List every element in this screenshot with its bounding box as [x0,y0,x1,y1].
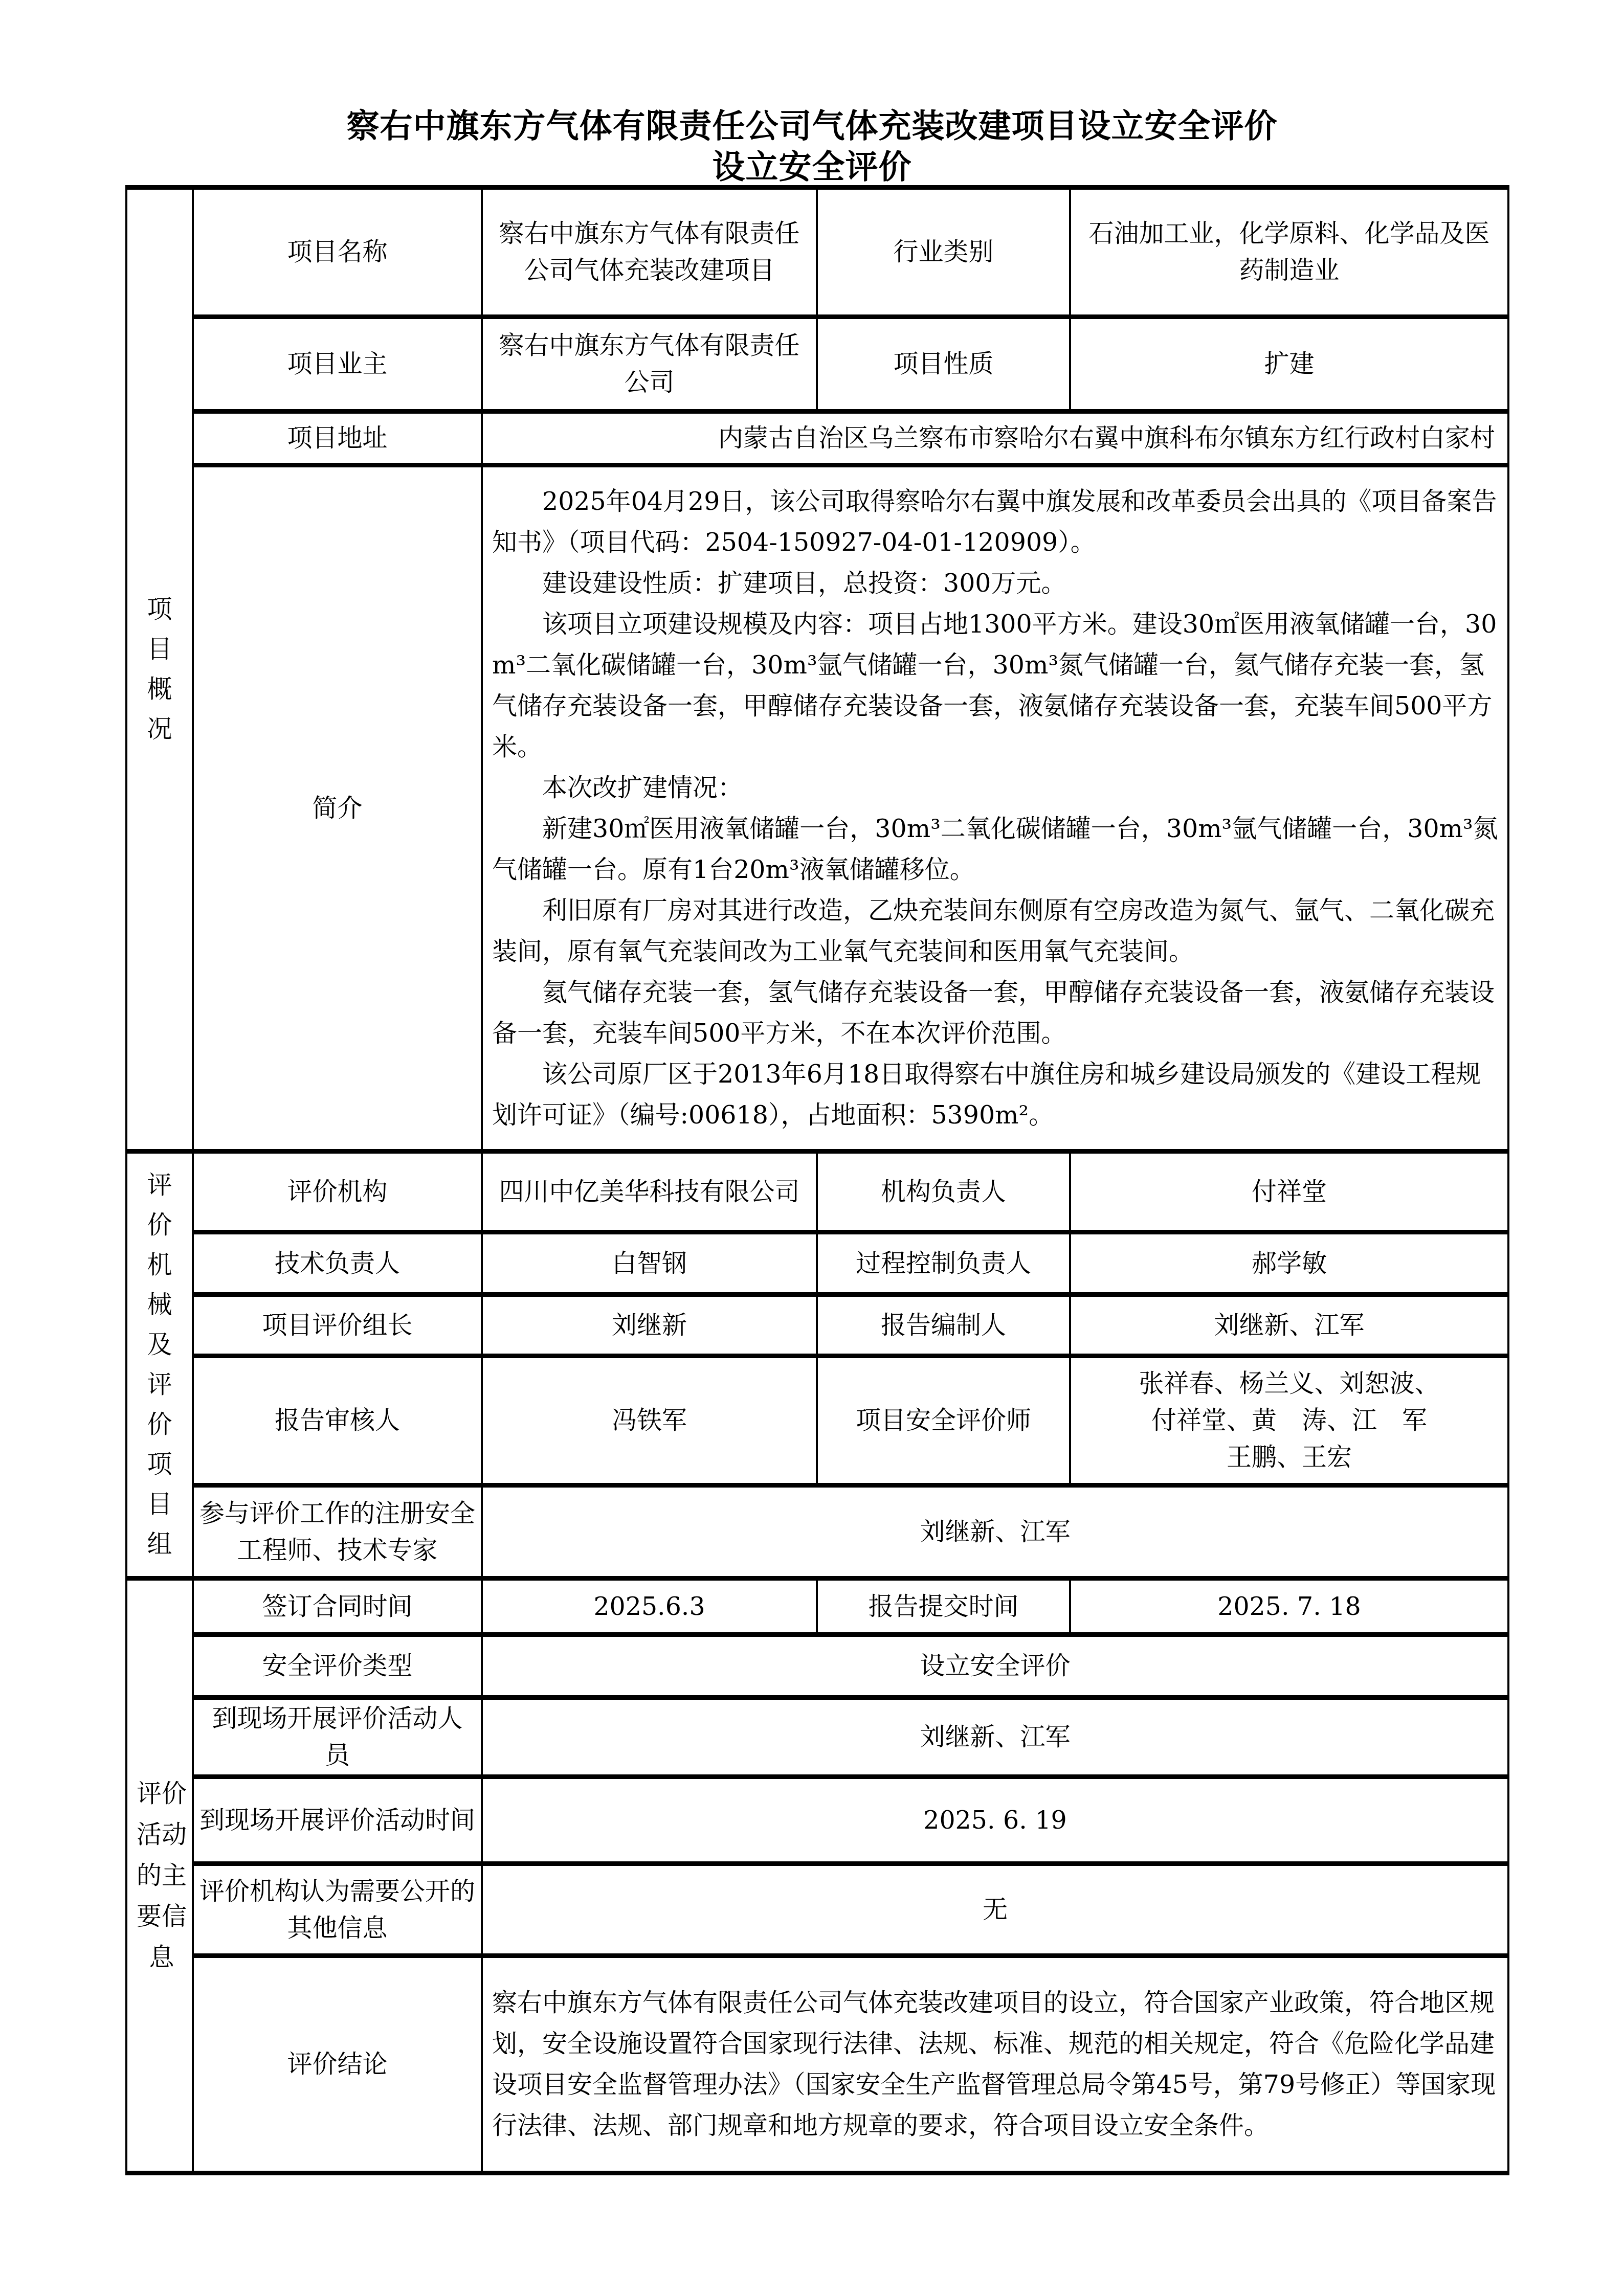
label-project-name: 项目名称 [193,188,482,317]
group-label-text: 评价机械及评价项目组 [144,1165,175,1564]
row-tech-lead: 技术负责人 白智钢 过程控制负责人 郝学敏 [126,1232,1508,1295]
value-engineers: 刘继新、江军 [482,1485,1508,1579]
row-onsite-time: 到现场开展评价活动时间 2025. 6. 19 [126,1777,1508,1864]
group-label-text: 评价活动的主要信息 [134,1773,190,1978]
label-agency: 评价机构 [193,1152,482,1232]
intro-paragraph: 该公司原厂区于2013年6月18日取得察右中旗住房和城乡建设局颁发的《建设工程规… [492,1054,1498,1136]
value-industry: 石油加工业，化学原料、化学品及医药制造业 [1070,188,1508,317]
row-agency: 评价机械及评价项目组 评价机构 四川中亿美华科技有限公司 机构负责人 付祥堂 [126,1152,1508,1232]
row-engineers: 参与评价工作的注册安全工程师、技术专家 刘继新、江军 [126,1485,1508,1579]
label-onsite-time: 到现场开展评价活动时间 [193,1777,482,1864]
row-eval-type: 安全评价类型 设立安全评价 [126,1635,1508,1698]
label-report-date: 报告提交时间 [817,1579,1070,1635]
value-project-name: 察右中旗东方气体有限责任公司气体充装改建项目 [482,188,817,317]
intro-paragraph: 2025年04月29日，该公司取得察哈尔右翼中旗发展和改革委员会出具的《项目备案… [492,481,1498,563]
value-team-lead: 刘继新 [482,1295,817,1356]
row-project-intro: 简介 2025年04月29日，该公司取得察哈尔右翼中旗发展和改革委员会出具的《项… [126,465,1508,1152]
conclusion-text: 察右中旗东方气体有限责任公司气体充装改建项目的设立，符合国家产业政策，符合地区规… [492,1983,1498,2146]
value-other-info: 无 [482,1864,1508,1956]
label-reviewer: 报告审核人 [193,1356,482,1485]
label-assessors: 项目安全评价师 [817,1356,1070,1485]
group-label-text: 项目概况 [144,590,175,749]
assessors-line: 付祥堂、黄 涛、江 军 [1077,1402,1501,1439]
row-other-info: 评价机构认为需要公开的其他信息 无 [126,1864,1508,1956]
value-onsite-time: 2025. 6. 19 [482,1777,1508,1864]
value-reviewer: 冯铁军 [482,1356,817,1485]
row-onsite-staff: 到现场开展评价活动人员 刘继新、江军 [126,1698,1508,1777]
document-subtitle: 设立安全评价 [0,141,1624,188]
row-team-lead: 项目评价组长 刘继新 报告编制人 刘继新、江军 [126,1295,1508,1356]
value-report-author: 刘继新、江军 [1070,1295,1508,1356]
label-engineers: 参与评价工作的注册安全工程师、技术专家 [193,1485,482,1579]
label-project-address: 项目地址 [193,412,482,465]
evaluation-info-table: 项目概况 项目名称 察右中旗东方气体有限责任公司气体充装改建项目 行业类别 石油… [125,185,1509,2175]
row-project-address: 项目地址 内蒙古自治区乌兰察布市察哈尔右翼中旗科布尔镇东方红行政村白家村 [126,412,1508,465]
group-label-overview: 项目概况 [126,188,193,1152]
value-project-owner: 察右中旗东方气体有限责任公司 [482,317,817,412]
label-onsite-staff: 到现场开展评价活动人员 [193,1698,482,1777]
document-title: 察右中旗东方气体有限责任公司气体充装改建项目设立安全评价 [0,100,1624,147]
label-process-lead: 过程控制负责人 [817,1232,1070,1295]
label-team-lead: 项目评价组长 [193,1295,482,1356]
label-industry: 行业类别 [817,188,1070,317]
label-contract-date: 签订合同时间 [193,1579,482,1635]
label-project-intro: 简介 [193,465,482,1152]
group-label-team: 评价机械及评价项目组 [126,1152,193,1579]
value-assessors: 张祥春、杨兰义、刘恕波、 付祥堂、黄 涛、江 军 王鹏、王宏 [1070,1356,1508,1485]
intro-paragraph: 利旧原有厂房对其进行改造，乙炔充装间东侧原有空房改造为氮气、氩气、二氧化碳充装间… [492,890,1498,972]
intro-paragraph: 该项目立项建设规模及内容：项目占地1300平方米。建设30㎡医用液氧储罐一台，3… [492,604,1498,768]
value-onsite-staff: 刘继新、江军 [482,1698,1508,1777]
label-tech-lead: 技术负责人 [193,1232,482,1295]
assessors-line: 王鹏、王宏 [1077,1439,1501,1476]
intro-paragraph: 氦气储存充装一套，氢气储存充装设备一套，甲醇储存充装设备一套，液氨储存充装设备一… [492,972,1498,1054]
value-project-nature: 扩建 [1070,317,1508,412]
value-agency-head: 付祥堂 [1070,1152,1508,1232]
label-other-info: 评价机构认为需要公开的其他信息 [193,1864,482,1956]
value-conclusion: 察右中旗东方气体有限责任公司气体充装改建项目的设立，符合国家产业政策，符合地区规… [482,1956,1508,2173]
label-project-nature: 项目性质 [817,317,1070,412]
intro-paragraph: 新建30㎡医用液氧储罐一台，30m³二氧化碳储罐一台，30m³氩气储罐一台，30… [492,808,1498,890]
label-agency-head: 机构负责人 [817,1152,1070,1232]
row-project-owner: 项目业主 察右中旗东方气体有限责任公司 项目性质 扩建 [126,317,1508,412]
value-agency: 四川中亿美华科技有限公司 [482,1152,817,1232]
value-tech-lead: 白智钢 [482,1232,817,1295]
intro-paragraph: 本次改扩建情况： [492,768,1498,808]
value-process-lead: 郝学敏 [1070,1232,1508,1295]
row-project-name: 项目概况 项目名称 察右中旗东方气体有限责任公司气体充装改建项目 行业类别 石油… [126,188,1508,317]
label-conclusion: 评价结论 [193,1956,482,2173]
value-contract-date: 2025.6.3 [482,1579,817,1635]
assessors-line: 张祥春、杨兰义、刘恕波、 [1077,1365,1501,1402]
value-report-date: 2025. 7. 18 [1070,1579,1508,1635]
group-label-activity: 评价活动的主要信息 [126,1579,193,2173]
row-reviewer: 报告审核人 冯铁军 项目安全评价师 张祥春、杨兰义、刘恕波、 付祥堂、黄 涛、江… [126,1356,1508,1485]
value-project-address: 内蒙古自治区乌兰察布市察哈尔右翼中旗科布尔镇东方红行政村白家村 [482,412,1508,465]
intro-paragraph: 建设建设性质：扩建项目，总投资：300万元。 [492,563,1498,604]
label-eval-type: 安全评价类型 [193,1635,482,1698]
label-project-owner: 项目业主 [193,317,482,412]
value-eval-type: 设立安全评价 [482,1635,1508,1698]
label-report-author: 报告编制人 [817,1295,1070,1356]
row-dates: 评价活动的主要信息 签订合同时间 2025.6.3 报告提交时间 2025. 7… [126,1579,1508,1635]
value-project-intro: 2025年04月29日，该公司取得察哈尔右翼中旗发展和改革委员会出具的《项目备案… [482,465,1508,1152]
row-conclusion: 评价结论 察右中旗东方气体有限责任公司气体充装改建项目的设立，符合国家产业政策，… [126,1956,1508,2173]
